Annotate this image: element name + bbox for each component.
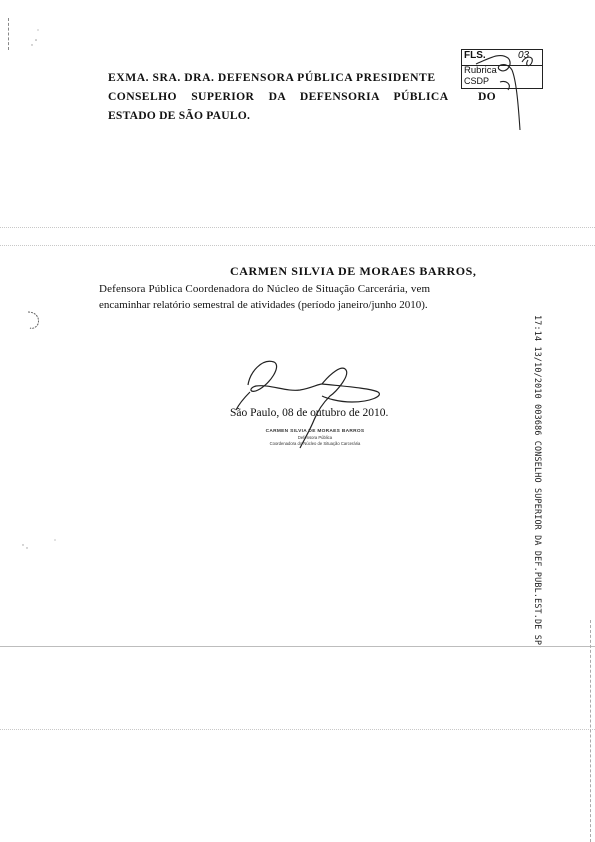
signer-position: Coordenadora do Núcleo de Situação Carce… xyxy=(260,441,370,447)
addressee-line-2-tail: DO xyxy=(478,87,496,106)
handwriting-overlay xyxy=(0,0,595,842)
scan-artifact-line xyxy=(0,646,595,647)
addressee-line-2: CONSELHO SUPERIOR DA DEFENSORIA PÚBLICA xyxy=(108,87,470,106)
scan-artifact-line xyxy=(0,729,595,730)
folio-label: FLS. xyxy=(464,50,486,61)
folio-stamp: FLS. 03 Rubrica CSDP xyxy=(461,49,543,89)
author-name: CARMEN SILVIA DE MORAES BARROS, xyxy=(230,264,477,279)
scan-artifact-arc xyxy=(28,312,39,328)
body-line-1: Defensora Pública Coordenadora do Núcleo… xyxy=(99,281,491,297)
signature-stamp: CARMEN SILVIA DE MORAES BARROS Defensora… xyxy=(260,429,370,446)
margin-mark xyxy=(590,620,591,842)
place-date: São Paulo, 08 de outubro de 2010. xyxy=(230,407,388,419)
scan-artifact-line xyxy=(0,245,595,246)
scan-artifact-line xyxy=(0,227,595,228)
folio-page-number: 03 xyxy=(518,50,529,61)
body-paragraph: Defensora Pública Coordenadora do Núcleo… xyxy=(99,281,491,313)
addressee-block: EXMA. SRA. DRA. DEFENSORA PÚBLICA PRESID… xyxy=(108,68,470,125)
margin-mark xyxy=(8,18,9,50)
org-label: CSDP xyxy=(464,76,489,86)
addressee-line-1: EXMA. SRA. DRA. DEFENSORA PÚBLICA PRESID… xyxy=(108,68,470,87)
scan-speck xyxy=(22,29,55,548)
protocol-stamp-text: 17:14 13/10/2010 003686 CONSELHO SUPERIO… xyxy=(533,315,543,645)
rubrica-label: Rubrica xyxy=(464,66,497,76)
addressee-line-3: ESTADO DE SÃO PAULO. xyxy=(108,106,470,125)
body-line-2: encaminhar relatório semestral de ativid… xyxy=(99,297,491,313)
